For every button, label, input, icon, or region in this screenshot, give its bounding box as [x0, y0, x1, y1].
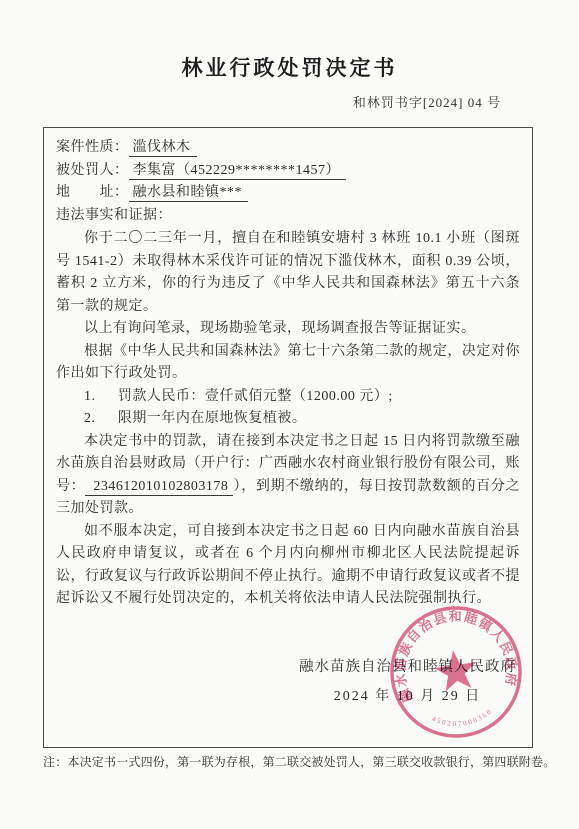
document-number: 和林罚书字[2024] 04 号 [353, 92, 501, 111]
field-case-nature-label: 案件性质： [56, 140, 129, 155]
section-heading-facts: 违法事实和证据： [56, 205, 520, 228]
footer-note: 注：本决定书一式四份，第一联为存根，第二联交被处罚人，第三联交收款银行，第四联附… [43, 753, 563, 770]
paragraph-appeal: 如不服本决定，可自接到本决定书之日起 60 日内向融水苗族自治县人民政府申请复议… [56, 521, 520, 611]
document-body-frame: 案件性质：滥伐林木 被处罚人：李集富（452229********1457） 地… [43, 127, 533, 748]
field-address: 地 址：融水县和睦镇*** [56, 182, 520, 205]
field-penalized-person-label: 被处罚人： [56, 163, 129, 178]
paragraph-payment: 本决定书中的罚款，请在接到本决定书之日起 15 日内将罚款缴至融水苗族自治县财政… [56, 431, 520, 521]
document-page: 林业行政处罚决定书 和林罚书字[2024] 04 号 案件性质：滥伐林木 被处罚… [0, 0, 579, 829]
field-case-nature-value: 滥伐林木 [129, 140, 197, 157]
issue-date: 2024 年 10 月 29 日 [299, 686, 516, 709]
penalty-item-2: 2.限期一年内在原地恢复植被。 [56, 408, 520, 431]
paragraph-decision-basis: 根据《中华人民共和国森林法》第七十六条第二款的规定，决定对你作出如下行政处罚。 [56, 341, 520, 386]
page-title: 林业行政处罚决定书 [0, 52, 579, 82]
field-address-label: 地 址： [56, 185, 129, 200]
penalty-item-2-text: 限期一年内在原地恢复植被。 [118, 411, 307, 426]
penalty-item-1: 1.罚款人民币：壹仟贰佰元整（1200.00 元）; [56, 386, 520, 409]
field-case-nature: 案件性质：滥伐林木 [56, 137, 520, 160]
paragraph-evidence: 以上有询问笔录，现场勘验笔录，现场调查报告等证据证实。 [56, 318, 520, 341]
penalty-item-2-number: 2. [84, 408, 96, 431]
field-address-value: 融水县和睦镇*** [129, 185, 249, 202]
signature-block: 融水苗族自治县和睦镇人民政府 2024 年 10 月 29 日 [299, 656, 516, 708]
payment-account-number: 234612010102803178 [85, 479, 233, 496]
issuing-agency-name: 融水苗族自治县和睦镇人民政府 [299, 656, 516, 679]
penalty-item-1-number: 1. [84, 386, 96, 409]
field-penalized-person-value: 李集富（452229********1457） [129, 163, 347, 180]
penalty-item-1-text: 罚款人民币：壹仟贰佰元整（1200.00 元）; [118, 389, 393, 404]
field-penalized-person: 被处罚人：李集富（452229********1457） [56, 160, 520, 183]
paragraph-facts: 你于二〇二三年一月，擅自在和睦镇安塘村 3 林班 10.1 小班（图斑号 154… [56, 228, 520, 318]
